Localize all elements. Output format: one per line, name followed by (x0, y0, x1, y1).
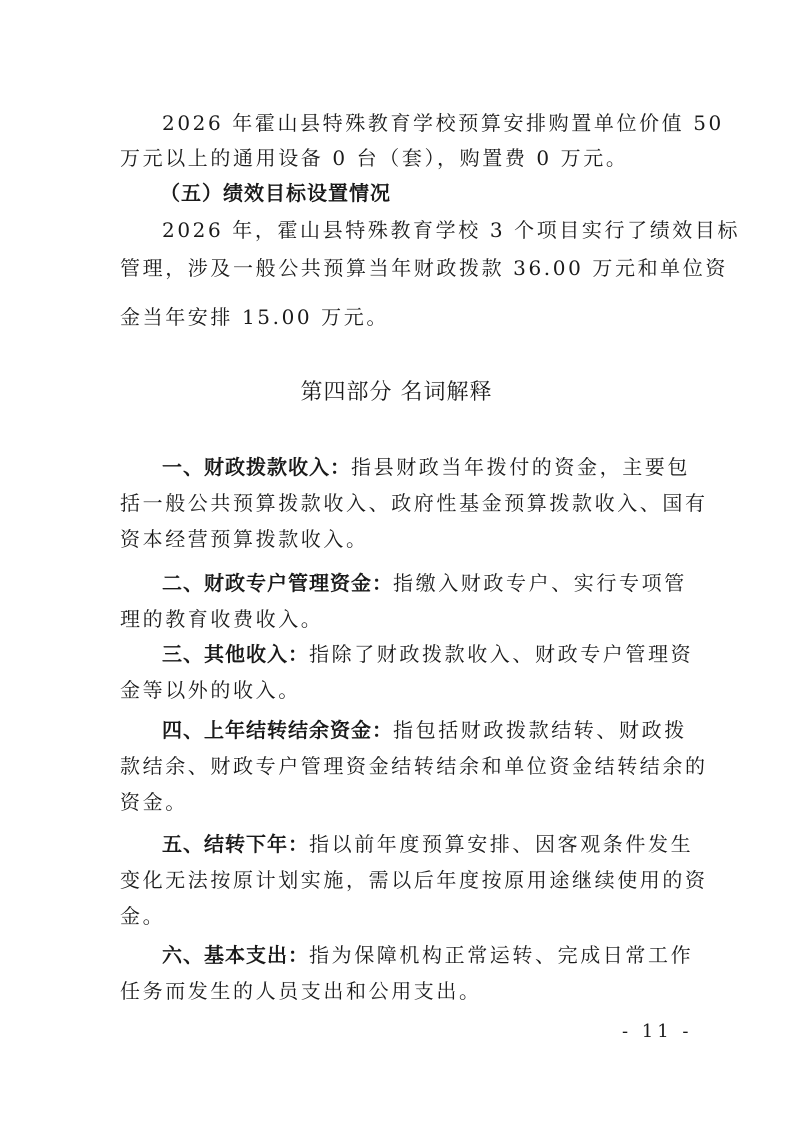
performance-paragraph-line-1: 2026 年，霍山县特殊教育学校 3 个项目实行了绩效目标 (162, 218, 673, 242)
definition-term: 三、其他收入： (162, 642, 309, 666)
definition-text: 指以前年度预算安排、因客观条件发生 (309, 832, 693, 856)
definition-3-line-1: 三、其他收入：指除了财政拨款收入、财政专户管理资 (162, 642, 673, 666)
page-number: - 11 - (622, 1020, 693, 1044)
definition-4-line-1: 四、上年结转结余资金：指包括财政拨款结转、财政拨 (162, 718, 673, 742)
definition-1-line-2: 括一般公共预算拨款收入、政府性基金预算拨款收入、国有 (120, 491, 673, 515)
definition-6-line-2: 任务而发生的人员支出和公用支出。 (120, 979, 673, 1003)
part-title: 第四部分 名词解释 (0, 379, 793, 407)
performance-paragraph-line-3: 金当年安排 15.00 万元。 (120, 305, 673, 329)
definition-4-line-2: 款结余、财政专户管理资金结转结余和单位资金结转结余的 (120, 754, 673, 778)
definition-text: 指缴入财政专户、实行专项管 (393, 571, 687, 595)
performance-paragraph-line-2: 管理，涉及一般公共预算当年财政拨款 36.00 万元和单位资 (120, 256, 673, 280)
definition-term: 四、上年结转结余资金： (162, 718, 393, 742)
definition-5-line-2: 变化无法按原计划实施，需以后年度按原用途继续使用的资 (120, 868, 673, 892)
definition-text: 指除了财政拨款收入、财政专户管理资 (309, 642, 693, 666)
definition-2-line-1: 二、财政专户管理资金：指缴入财政专户、实行专项管 (162, 571, 673, 595)
section-heading-performance-goals: （五）绩效目标设置情况 (160, 181, 671, 205)
definition-term: 二、财政专户管理资金： (162, 571, 393, 595)
definition-1-line-1: 一、财政拨款收入：指县财政当年拨付的资金，主要包 (162, 455, 673, 479)
definition-3-line-2: 金等以外的收入。 (120, 678, 673, 702)
equipment-paragraph-line-2: 万元以上的通用设备 0 台（套），购置费 0 万元。 (120, 146, 673, 170)
definition-2-line-2: 理的教育收费收入。 (120, 607, 673, 631)
definition-5-line-3: 金。 (120, 904, 673, 928)
equipment-paragraph-line-1: 2026 年霍山县特殊教育学校预算安排购置单位价值 50 (162, 111, 673, 135)
definition-term: 五、结转下年： (162, 832, 309, 856)
definition-text: 指包括财政拨款结转、财政拨 (393, 718, 687, 742)
definition-6-line-1: 六、基本支出：指为保障机构正常运转、完成日常工作 (162, 943, 673, 967)
definition-text: 指为保障机构正常运转、完成日常工作 (309, 943, 693, 967)
definition-5-line-1: 五、结转下年：指以前年度预算安排、因客观条件发生 (162, 832, 673, 856)
definition-4-line-3: 资金。 (120, 790, 673, 814)
definition-term: 六、基本支出： (162, 943, 309, 967)
definition-term: 一、财政拨款收入： (162, 455, 351, 479)
definition-text: 指县财政当年拨付的资金，主要包 (351, 455, 690, 479)
definition-1-line-3: 资本经营预算拨款收入。 (120, 527, 673, 551)
